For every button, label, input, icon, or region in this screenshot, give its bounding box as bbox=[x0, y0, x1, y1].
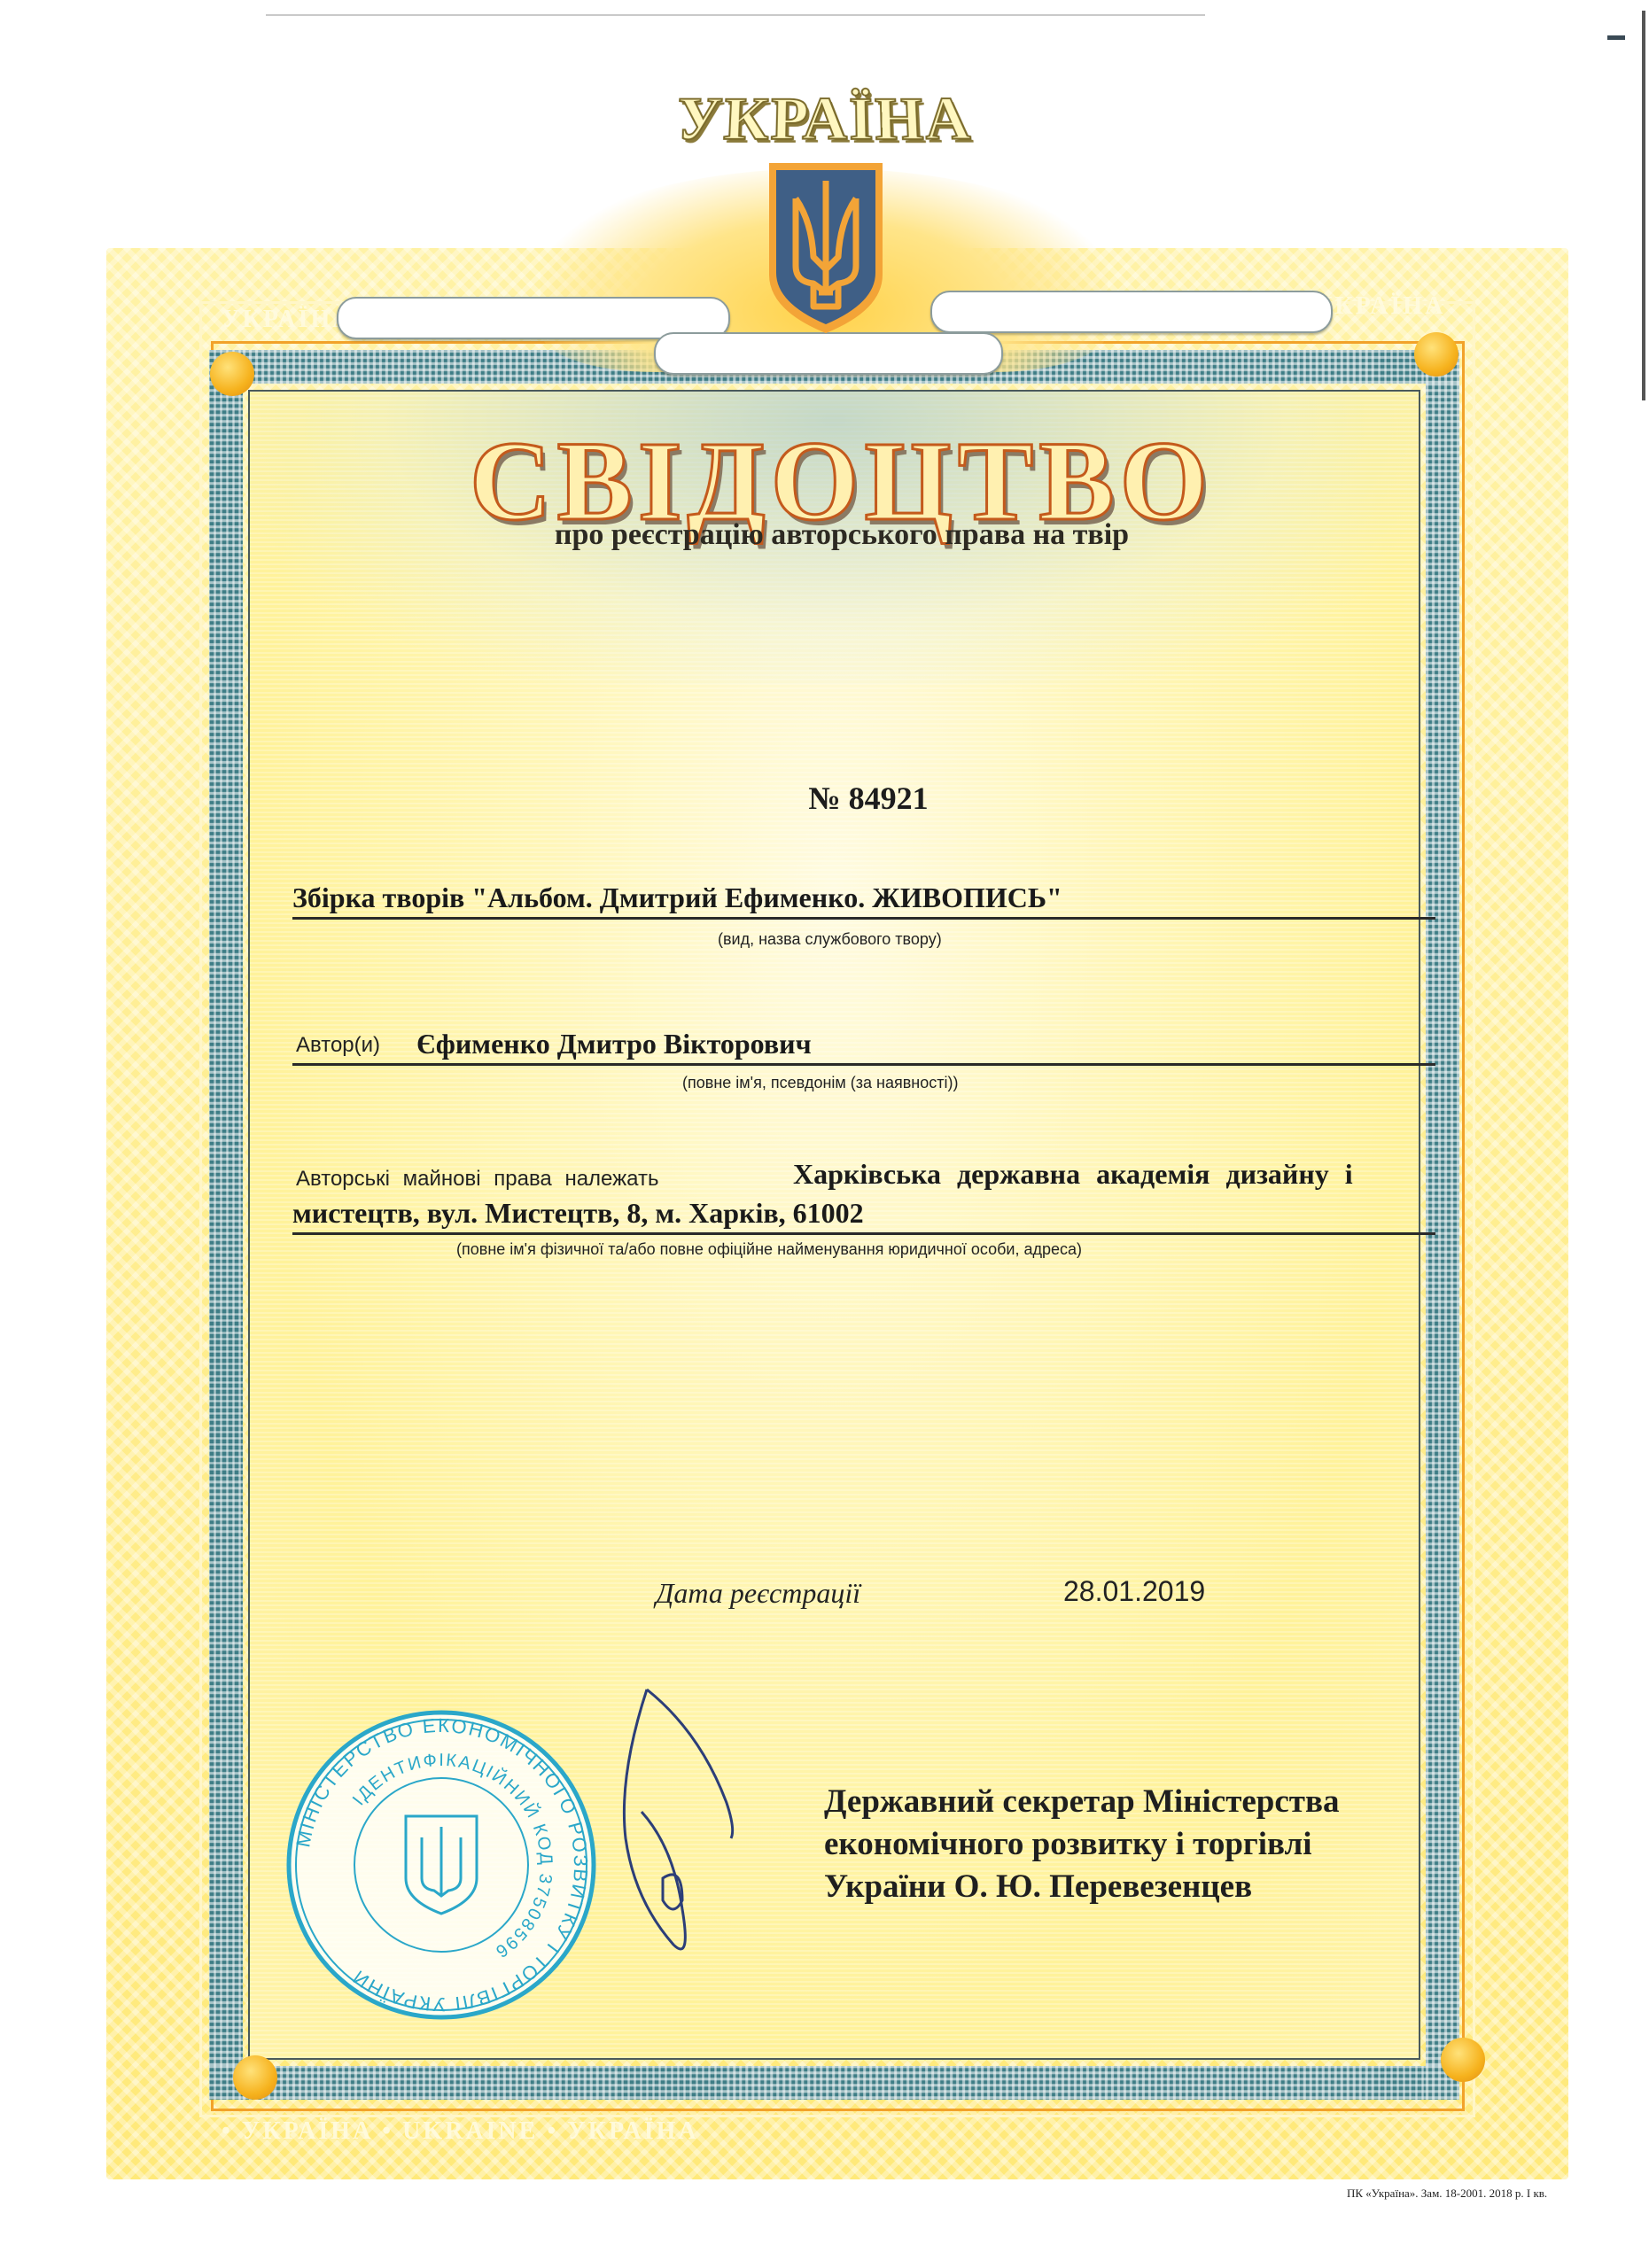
country-title: УКРАЇНА bbox=[653, 85, 996, 155]
header-banner-center bbox=[654, 332, 1003, 375]
band-text-bottom: • УКРАЇНА • UKRAINE • УКРАЇНА bbox=[222, 2117, 699, 2146]
header-banner-right bbox=[930, 291, 1333, 333]
signatory-line1: Державний секретар Міністерства bbox=[824, 1781, 1339, 1823]
author-value: Єфименко Дмитро Вікторович bbox=[416, 1028, 812, 1060]
author-field-hint: (повне ім'я, псевдонім (за наявності)) bbox=[682, 1074, 958, 1092]
property-rights-value-line1: Харківська державна академія дизайну і bbox=[793, 1158, 1353, 1191]
document-subtitle: про реєстрацію авторського права на твір bbox=[478, 518, 1205, 552]
corner-ornament-icon bbox=[210, 352, 254, 396]
author-field: Автор(и) Єфименко Дмитро Вікторович (пов… bbox=[292, 1028, 1435, 1099]
signatory-block: Державний секретар Міністерства економіч… bbox=[824, 1781, 1339, 1908]
scan-edge-line bbox=[266, 14, 1205, 16]
registration-date-label: Дата реєстрації bbox=[656, 1577, 860, 1610]
registration-date-value: 28.01.2019 bbox=[1063, 1575, 1205, 1608]
signatory-line2: економічного розвитку і торгівлі bbox=[824, 1823, 1339, 1866]
corner-ornament-icon bbox=[1441, 2038, 1485, 2082]
author-label: Автор(и) bbox=[296, 1033, 380, 1058]
work-field: Збірка творів "Альбом. Дмитрий Ефименко.… bbox=[292, 882, 1435, 979]
property-rights-value-line2: мистецтв, вул. Мистецтв, 8, м. Харків, 6… bbox=[292, 1197, 864, 1230]
corner-ornament-icon bbox=[1414, 332, 1458, 377]
work-title-value: Збірка творів "Альбом. Дмитрий Ефименко.… bbox=[292, 882, 1062, 914]
signature bbox=[549, 1670, 744, 1971]
property-rights-field-hint: (повне ім'я фізичної та/або повне офіцій… bbox=[456, 1240, 1082, 1259]
trident-coat-of-arms-icon bbox=[764, 159, 888, 337]
property-rights-label: Авторські майнові права належать bbox=[296, 1167, 659, 1192]
scan-mark bbox=[1607, 35, 1625, 40]
certificate-number: № 84921 bbox=[735, 780, 1001, 817]
author-field-line bbox=[292, 1063, 1435, 1066]
work-field-hint: (вид, назва службового твору) bbox=[718, 930, 942, 949]
property-rights-field-line bbox=[292, 1232, 1435, 1235]
printer-note: ПК «Україна». Зам. 18-2001. 2018 р. І кв… bbox=[1347, 2186, 1547, 2201]
work-field-line bbox=[292, 917, 1435, 920]
property-rights-field: Авторські майнові права належать Харківс… bbox=[292, 1156, 1435, 1280]
corner-ornament-icon bbox=[233, 2055, 277, 2100]
scan-edge-right bbox=[1642, 11, 1645, 400]
signatory-line3: України О. Ю. Перевезенцев bbox=[824, 1866, 1339, 1908]
